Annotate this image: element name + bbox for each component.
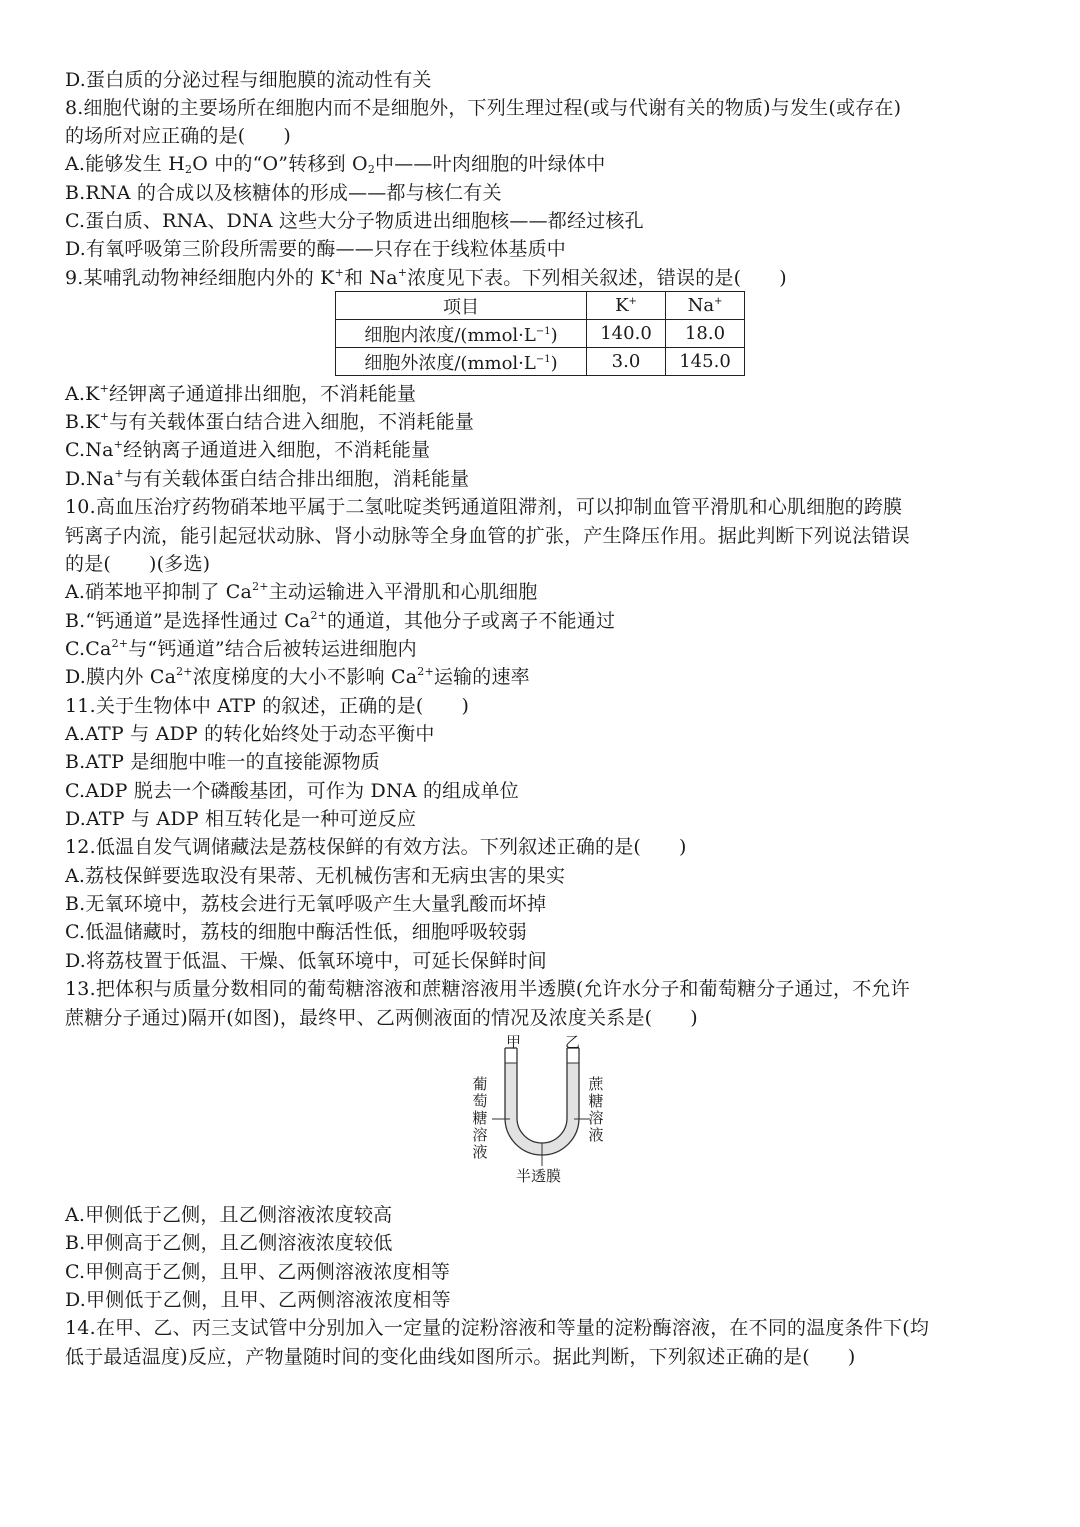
u-tube-diagram: 甲 乙 葡萄糖溶液 蔗糖溶液 半透膜	[470, 1040, 615, 1190]
option-text: D.膜内外 Ca	[65, 666, 176, 688]
option-text: O 中的“O”转移到 O	[192, 153, 368, 175]
option-text: A.K	[65, 383, 100, 405]
q8-stem-line-1: 8.细胞代谢的主要场所在细胞内而不是细胞外，下列生理过程(或与代谢有关的物质)与…	[65, 94, 901, 122]
option-text: 主动运输进入平滑肌和心肌细胞	[269, 581, 538, 603]
cell-k-value: 140.0	[587, 320, 666, 348]
close-paren: )	[848, 1346, 856, 1368]
superscript: +	[114, 467, 123, 480]
label-text: )	[551, 325, 558, 346]
option-text: B.RNA 的合成以及核糖体的形成——都与核仁有关	[65, 182, 502, 204]
cell-na-value: 145.0	[666, 348, 745, 376]
option-text: 运输的速率	[434, 666, 530, 688]
option-text: 经钾离子通道排出细胞，不消耗能量	[109, 383, 416, 405]
close-paren: )	[690, 1007, 698, 1029]
option-text: D.将荔枝置于低温、干燥、低氧环境中，可延长保鲜时间	[65, 950, 547, 972]
superscript: +	[398, 266, 407, 279]
label-glucose-solution: 葡萄糖溶液	[472, 1076, 488, 1161]
q10-option-a: A.硝苯地平抑制了 Ca2+主动运输进入平滑肌和心肌细胞	[65, 578, 538, 606]
q10-stem-line-3: 的是()(多选)	[65, 550, 210, 578]
option-text: D.ATP 与 ADP 相互转化是一种可逆反应	[65, 808, 416, 830]
label-text: 细胞外浓度/(mmol·L	[364, 353, 536, 374]
superscript: +	[335, 266, 344, 279]
option-text: D.蛋白质的分泌过程与细胞膜的流动性有关	[65, 69, 432, 91]
q14-stem-line-1: 14.在甲、乙、丙三支试管中分别加入一定量的淀粉溶液和等量的淀粉酶溶液，在不同的…	[65, 1314, 929, 1342]
stem-text: 8.细胞代谢的主要场所在细胞内而不是细胞外，下列生理过程(或与代谢有关的物质)与…	[65, 97, 901, 119]
q8-option-d: D.有氧呼吸第三阶段所需要的酶——只存在于线粒体基质中	[65, 235, 566, 263]
q8-option-b: B.RNA 的合成以及核糖体的形成——都与核仁有关	[65, 179, 502, 207]
label-yi: 乙	[565, 1034, 580, 1051]
option-text: 与“钙通道”结合后被转运进细胞内	[128, 638, 417, 660]
header-text: Na	[688, 295, 714, 316]
stem-text: 12.低温自发气调储藏法是荔枝保鲜的有效方法。下列叙述正确的是(	[65, 836, 641, 858]
q8-stem-line-2: 的场所对应正确的是()	[65, 122, 291, 150]
option-text: A.ATP 与 ADP 的转化始终处于动态平衡中	[65, 723, 435, 745]
q13-option-c: C.甲侧高于乙侧，且甲、乙两侧溶液浓度相等	[65, 1258, 450, 1286]
header-cell-na: Na+	[666, 292, 745, 320]
row-label: 细胞内浓度/(mmol·L−1)	[336, 320, 587, 348]
cell-na-value: 18.0	[666, 320, 745, 348]
option-text: C.甲侧高于乙侧，且甲、乙两侧溶液浓度相等	[65, 1261, 450, 1283]
header-cell-k: K+	[587, 292, 666, 320]
header-cell-item: 项目	[336, 292, 587, 320]
option-text: B.甲侧高于乙侧，且乙侧溶液浓度较低	[65, 1232, 393, 1254]
option-text: 与有关载体蛋白结合进入细胞，不消耗能量	[109, 411, 474, 433]
stem-text: 和 Na	[344, 267, 398, 289]
stem-text: 13.把体积与质量分数相同的葡萄糖溶液和蔗糖溶液用半透膜(允许水分子和葡萄糖分子…	[65, 978, 910, 1000]
close-paren: )	[283, 125, 291, 147]
superscript: +	[629, 296, 637, 307]
stem-text: )(多选)	[149, 553, 210, 575]
superscript: +	[114, 438, 123, 451]
superscript: −1	[536, 326, 551, 337]
option-text: C.蛋白质、RNA、DNA 这些大分子物质进出细胞核——都经过核孔	[65, 210, 644, 232]
option-text: 的通道，其他分子或离子不能通过	[327, 610, 615, 632]
q12-option-d: D.将荔枝置于低温、干燥、低氧环境中，可延长保鲜时间	[65, 947, 547, 975]
close-paren: )	[679, 836, 687, 858]
q13-stem-line-2: 蔗糖分子通过)隔开(如图)，最终甲、乙两侧液面的情况及浓度关系是()	[65, 1004, 698, 1032]
label-sucrose-solution: 蔗糖溶液	[588, 1076, 604, 1144]
option-text: A.荔枝保鲜要选取没有果蒂、无机械伤害和无病虫害的果实	[65, 865, 565, 887]
table-row: 细胞内浓度/(mmol·L−1) 140.0 18.0	[336, 320, 745, 348]
q12-option-c: C.低温储藏时，荔枝的细胞中酶活性低，细胞呼吸较弱	[65, 918, 527, 946]
q14-stem-line-2: 低于最适温度)反应，产物量随时间的变化曲线如图所示。据此判断，下列叙述正确的是(…	[65, 1343, 855, 1371]
q13-option-b: B.甲侧高于乙侧，且乙侧溶液浓度较低	[65, 1229, 393, 1257]
q12-option-a: A.荔枝保鲜要选取没有果蒂、无机械伤害和无病虫害的果实	[65, 862, 565, 890]
q13-option-a: A.甲侧低于乙侧，且乙侧溶液浓度较高	[65, 1201, 392, 1229]
stem-text: 10.高血压治疗药物硝苯地平属于二氢吡啶类钙通道阻滞剂，可以抑制血管平滑肌和心肌…	[65, 496, 902, 518]
stem-text: 的是(	[65, 553, 111, 575]
label-text: 细胞内浓度/(mmol·L	[364, 325, 536, 346]
ion-concentration-table: 项目 K+ Na+ 细胞内浓度/(mmol·L−1) 140.0 18.0 细胞…	[335, 291, 745, 376]
superscript: −1	[536, 354, 551, 365]
option-text: 与有关载体蛋白结合排出细胞，消耗能量	[124, 468, 470, 490]
q10-option-d: D.膜内外 Ca2+浓度梯度的大小不影响 Ca2+运输的速率	[65, 663, 530, 691]
option-text: B.无氧环境中，荔枝会进行无氧呼吸产生大量乳酸而坏掉	[65, 893, 546, 915]
label-jia: 甲	[506, 1034, 521, 1051]
q12-stem: 12.低温自发气调储藏法是荔枝保鲜的有效方法。下列叙述正确的是()	[65, 833, 687, 861]
superscript: 2+	[417, 665, 434, 678]
option-text: 经钠离子通道进入细胞，不消耗能量	[123, 439, 430, 461]
q9-stem: 9.某哺乳动物神经细胞内外的 K+和 Na+浓度见下表。下列相关叙述，错误的是(…	[65, 264, 787, 292]
q11-option-b: B.ATP 是细胞中唯一的直接能源物质	[65, 748, 380, 776]
option-text: D.有氧呼吸第三阶段所需要的酶——只存在于线粒体基质中	[65, 238, 566, 260]
superscript: +	[100, 410, 109, 423]
option-text: B.“钙通道”是选择性通过 Ca	[65, 610, 311, 632]
stem-text: 9.某哺乳动物神经细胞内外的 K	[65, 267, 335, 289]
option-text: 浓度梯度的大小不影响 Ca	[193, 666, 418, 688]
q9-option-b: B.K+与有关载体蛋白结合进入细胞，不消耗能量	[65, 408, 474, 436]
label-text: )	[551, 353, 558, 374]
stem-text: 11.关于生物体中 ATP 的叙述，正确的是(	[65, 695, 423, 717]
stem-text: 低于最适温度)反应，产物量随时间的变化曲线如图所示。据此判断，下列叙述正确的是(	[65, 1346, 810, 1368]
q8-option-c: C.蛋白质、RNA、DNA 这些大分子物质进出细胞核——都经过核孔	[65, 207, 644, 235]
superscript: 2+	[176, 665, 193, 678]
q11-option-c: C.ADP 脱去一个磷酸基团，可作为 DNA 的组成单位	[65, 777, 519, 805]
option-text: A.硝苯地平抑制了 Ca	[65, 581, 252, 603]
option-text: C.Na	[65, 439, 114, 461]
option-text: 中——叶肉细胞的叶绿体中	[375, 153, 605, 175]
q7-option-d: D.蛋白质的分泌过程与细胞膜的流动性有关	[65, 66, 432, 94]
stem-text: 蔗糖分子通过)隔开(如图)，最终甲、乙两侧液面的情况及浓度关系是(	[65, 1007, 652, 1029]
header-text: K	[615, 295, 628, 316]
q9-option-a: A.K+经钾离子通道排出细胞，不消耗能量	[65, 380, 416, 408]
close-paren: )	[779, 267, 787, 289]
q9-option-d: D.Na+与有关载体蛋白结合排出细胞，消耗能量	[65, 465, 469, 493]
option-text: C.ADP 脱去一个磷酸基团，可作为 DNA 的组成单位	[65, 780, 519, 802]
stem-text: 浓度见下表。下列相关叙述，错误的是(	[407, 267, 741, 289]
superscript: +	[100, 382, 109, 395]
option-text: A.能够发生 H	[65, 153, 185, 175]
q9-option-c: C.Na+经钠离子通道进入细胞，不消耗能量	[65, 436, 430, 464]
option-text: B.ATP 是细胞中唯一的直接能源物质	[65, 751, 380, 773]
superscript: 2+	[252, 580, 269, 593]
close-paren: )	[461, 695, 469, 717]
q13-option-d: D.甲侧低于乙侧，且甲、乙两侧溶液浓度相等	[65, 1286, 451, 1314]
subscript: 2	[368, 163, 375, 176]
option-text: D.Na	[65, 468, 114, 490]
stem-text: 的场所对应正确的是(	[65, 125, 245, 147]
option-text: C.Ca	[65, 638, 112, 660]
q11-option-d: D.ATP 与 ADP 相互转化是一种可逆反应	[65, 805, 416, 833]
table-row: 细胞外浓度/(mmol·L−1) 3.0 145.0	[336, 348, 745, 376]
table-header-row: 项目 K+ Na+	[336, 292, 745, 320]
q11-option-a: A.ATP 与 ADP 的转化始终处于动态平衡中	[65, 720, 435, 748]
option-text: A.甲侧低于乙侧，且乙侧溶液浓度较高	[65, 1204, 392, 1226]
superscript: 2+	[112, 637, 129, 650]
option-text: D.甲侧低于乙侧，且甲、乙两侧溶液浓度相等	[65, 1289, 451, 1311]
stem-text: 钙离子内流，能引起冠状动脉、肾小动脉等全身血管的扩张，产生降压作用。据此判断下列…	[65, 525, 910, 547]
option-text: C.低温储藏时，荔枝的细胞中酶活性低，细胞呼吸较弱	[65, 921, 527, 943]
q10-stem-line-2: 钙离子内流，能引起冠状动脉、肾小动脉等全身血管的扩张，产生降压作用。据此判断下列…	[65, 522, 910, 550]
q11-stem: 11.关于生物体中 ATP 的叙述，正确的是()	[65, 692, 469, 720]
q12-option-b: B.无氧环境中，荔枝会进行无氧呼吸产生大量乳酸而坏掉	[65, 890, 546, 918]
cell-k-value: 3.0	[587, 348, 666, 376]
option-text: B.K	[65, 411, 100, 433]
label-semipermeable-membrane: 半透膜	[516, 1168, 561, 1185]
row-label: 细胞外浓度/(mmol·L−1)	[336, 348, 587, 376]
q10-option-c: C.Ca2+与“钙通道”结合后被转运进细胞内	[65, 635, 417, 663]
superscript: +	[714, 296, 722, 307]
q8-option-a: A.能够发生 H2O 中的“O”转移到 O2中——叶肉细胞的叶绿体中	[65, 150, 605, 178]
stem-text: 14.在甲、乙、丙三支试管中分别加入一定量的淀粉溶液和等量的淀粉酶溶液，在不同的…	[65, 1317, 929, 1339]
q10-option-b: B.“钙通道”是选择性通过 Ca2+的通道，其他分子或离子不能通过	[65, 607, 615, 635]
q13-stem-line-1: 13.把体积与质量分数相同的葡萄糖溶液和蔗糖溶液用半透膜(允许水分子和葡萄糖分子…	[65, 975, 910, 1003]
q10-stem-line-1: 10.高血压治疗药物硝苯地平属于二氢吡啶类钙通道阻滞剂，可以抑制血管平滑肌和心肌…	[65, 493, 902, 521]
superscript: 2+	[311, 609, 328, 622]
